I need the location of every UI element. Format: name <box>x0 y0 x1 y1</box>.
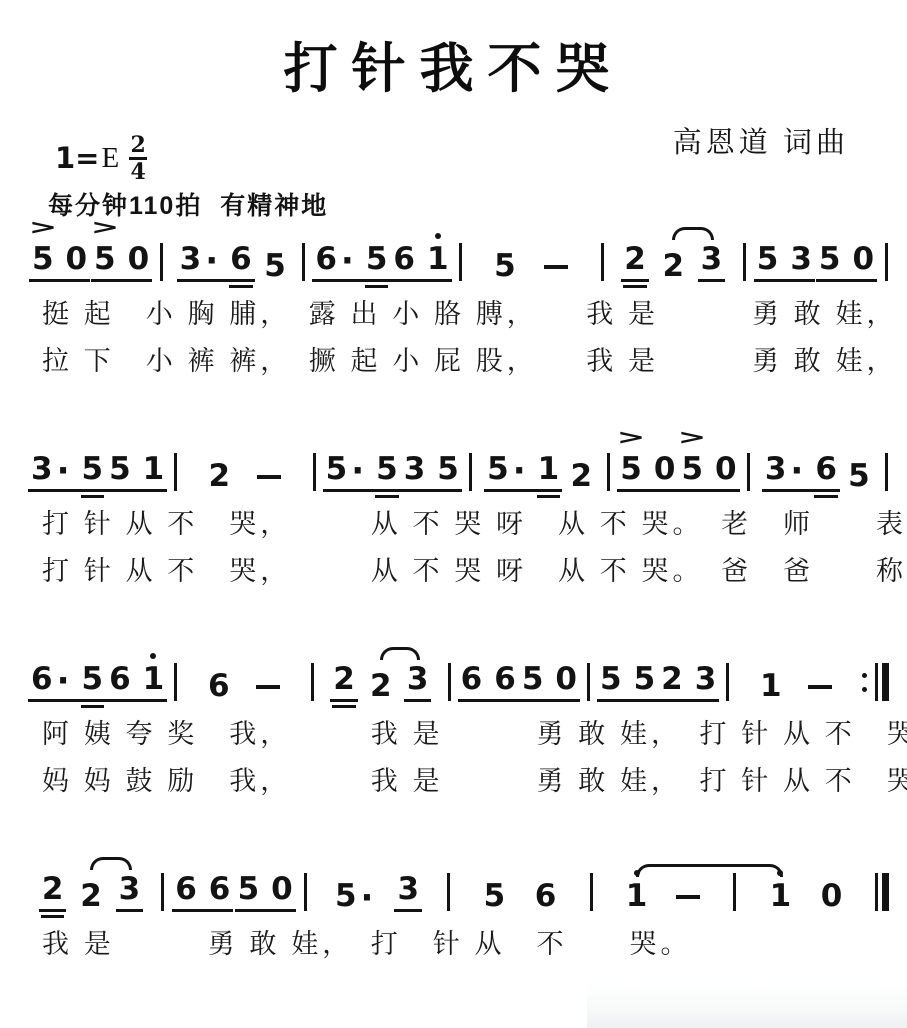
beam-group: 5>0 <box>29 244 90 282</box>
note: 3 <box>404 454 426 485</box>
barline-thick <box>882 873 889 911</box>
note-digit: 3 <box>407 664 429 695</box>
note: 5 <box>109 454 131 485</box>
note: 5> <box>32 244 54 275</box>
note-digit: 5 <box>848 461 870 492</box>
lyrics-line: 我 是 勇 敢 娃， 打 针 从 不 哭。 <box>26 929 893 959</box>
measure: 5>05>0 <box>617 454 739 492</box>
note: 5 <box>819 244 841 275</box>
measure: 223 <box>611 244 736 282</box>
dash-note <box>256 685 280 702</box>
dash-glyph <box>256 685 280 689</box>
barline <box>304 873 307 911</box>
note-digit: 5 <box>238 874 260 905</box>
beam-group <box>805 685 835 702</box>
slur-arc <box>90 857 132 870</box>
note: 3· <box>180 244 219 275</box>
repeat-dot <box>862 673 867 678</box>
note: 3 <box>701 244 723 275</box>
notes-row: 3·55125·5355·125>05>03·65 <box>26 446 893 492</box>
note-digit: 0 <box>555 664 577 695</box>
barline-thin <box>875 663 878 701</box>
note: 2 <box>209 461 231 492</box>
note: 5 <box>264 251 286 282</box>
note: 6 <box>230 244 252 275</box>
accent-mark: > <box>28 217 57 237</box>
measure: 6·561 <box>28 664 167 702</box>
sheet-music-page: 打针我不哭 高恩道 词曲 1= E 2 4 每分钟110拍 有精神地 5>05>… <box>0 0 907 1028</box>
beam-group: 61 <box>390 244 451 282</box>
note-digit: 5 <box>681 454 703 485</box>
note-digit: 0 <box>852 244 874 275</box>
note-digit: 5 <box>522 664 544 695</box>
beam-group: 5>0 <box>678 454 739 492</box>
note-digit: 6 <box>461 664 483 695</box>
note-digit: 6 <box>208 671 230 702</box>
octave-dot <box>435 233 441 239</box>
note-digit: 6 <box>175 874 197 905</box>
note-digit: 3 <box>119 874 141 905</box>
note-digit: 3 <box>180 244 202 275</box>
final-barline <box>875 873 889 911</box>
measure: 2 <box>184 461 305 492</box>
note: 0 <box>654 454 676 485</box>
measure: 5>05>0 <box>28 244 153 282</box>
beam-group: 5 <box>261 251 289 282</box>
note: 1 <box>143 664 165 695</box>
note-digit: 5 <box>109 454 131 485</box>
augmentation-dot: · <box>361 884 374 912</box>
watermark-smudge <box>587 984 907 1028</box>
beam-group: 6 <box>205 671 233 702</box>
measure: 5·12 <box>479 454 600 492</box>
note: 6 <box>494 664 516 695</box>
barline <box>607 453 610 491</box>
beam-group: 66 <box>458 664 519 702</box>
note: 5 <box>600 664 622 695</box>
note: 6· <box>31 664 70 695</box>
beam-group: 3·6 <box>177 244 255 282</box>
repeat-barline <box>862 663 889 701</box>
note-digit: 2 <box>662 251 684 282</box>
beam-group: 3 <box>394 874 422 912</box>
barline <box>160 243 163 281</box>
note-digit: 5 <box>484 881 506 912</box>
measure: 3·551 <box>28 454 167 492</box>
note: 0 <box>271 874 293 905</box>
note-digit: 0 <box>271 874 293 905</box>
note: 1 <box>143 454 165 485</box>
note-digit: 5 <box>32 244 54 275</box>
beam-group: 66 <box>172 874 233 912</box>
note-digit: 5 <box>82 454 104 485</box>
beam-group: 1 <box>623 881 651 912</box>
note-digit: 2 <box>570 461 592 492</box>
measure: 6650 <box>171 874 297 912</box>
note-digit: 2 <box>661 664 683 695</box>
note: 2 <box>42 874 64 905</box>
beam-group: 3·5 <box>28 454 106 492</box>
barline <box>448 663 451 701</box>
note-digit: 0 <box>715 454 737 485</box>
note: 5 <box>238 874 260 905</box>
note-digit: 5 <box>437 454 459 485</box>
repeat-dot <box>862 687 867 692</box>
note: 5 <box>634 664 656 695</box>
music-system: 22366505·356110我 是 勇 敢 娃， 打 针 从 不 哭。 <box>26 866 893 959</box>
augmentation-dot: · <box>790 457 803 485</box>
note: 3 <box>119 874 141 905</box>
note-digit: 2 <box>80 881 102 912</box>
note-digit: 6 <box>494 664 516 695</box>
note: 1 <box>760 671 782 702</box>
barline <box>587 663 590 701</box>
accent-mark: > <box>678 427 707 447</box>
note: 6· <box>315 244 354 275</box>
note-digit: 1 <box>143 454 165 485</box>
lyrics-line: 打 针 从 不 哭， 从 不 哭 呀 从 不 哭。 老 师 表 扬 我， <box>26 509 893 539</box>
note-digit: 1 <box>427 244 449 275</box>
note: 6 <box>175 874 197 905</box>
note: 3 <box>407 664 429 695</box>
note-digit: 6 <box>230 244 252 275</box>
note-digit: 1 <box>538 454 560 485</box>
barline <box>174 453 177 491</box>
note-digit: 1 <box>760 671 782 702</box>
note: 6 <box>815 454 837 485</box>
lyrics-line: 挺 起 小 胸 脯， 露 出 小 胳 膊， 我 是 勇 敢 娃， <box>26 299 893 329</box>
beam-group: 50 <box>816 244 877 282</box>
measure: 1 <box>736 671 856 702</box>
beam-group: 2 <box>330 664 358 702</box>
measure: 6·561 <box>312 244 451 282</box>
barline <box>885 243 888 281</box>
barline <box>311 663 314 701</box>
beam-group: 5>0 <box>91 244 152 282</box>
beam-group: 2 <box>659 251 687 282</box>
barline <box>733 873 736 911</box>
note-digit: 1 <box>143 664 165 695</box>
note: 6 <box>393 244 415 275</box>
dash-note <box>808 685 832 702</box>
beam-group: 1 <box>757 671 785 702</box>
note: 5· <box>326 454 365 485</box>
note: 0 <box>821 881 843 912</box>
beam-group: 51 <box>106 454 167 492</box>
note-digit: 2 <box>370 671 392 702</box>
beam-group: 53 <box>754 244 815 282</box>
measure: 5·535 <box>323 454 462 492</box>
measure: 3·65 <box>757 454 878 492</box>
note-digit: 0 <box>654 454 676 485</box>
measure: 5·3 <box>314 874 440 912</box>
note: 1 <box>770 881 792 912</box>
note: 5· <box>487 454 526 485</box>
barline <box>747 453 750 491</box>
barline <box>590 873 593 911</box>
beam-group: 6·5 <box>312 244 390 282</box>
note-digit: 2 <box>333 664 355 695</box>
note: 5 <box>484 881 506 912</box>
octave-dot <box>150 653 156 659</box>
measure: 223 <box>28 874 154 912</box>
measure: 3·65 <box>170 244 295 282</box>
beam-group: 35 <box>401 454 462 492</box>
note-digit: 0 <box>821 881 843 912</box>
beam-group <box>541 265 571 282</box>
measure: 6 <box>184 671 304 702</box>
lyrics-line: 打 针 从 不 哭， 从 不 哭 呀 从 不 哭。 爸 爸 称 赞 我， <box>26 556 893 586</box>
beam-group: 0 <box>818 881 846 912</box>
music-system: 3·55125·5355·125>05>03·65打 针 从 不 哭， 从 不 … <box>26 446 893 586</box>
beam-group: 6·5 <box>28 664 106 702</box>
beam-group: 2 <box>39 874 67 912</box>
barline <box>174 663 177 701</box>
augmentation-dot: · <box>513 457 526 485</box>
augmentation-dot: · <box>57 457 70 485</box>
note: 5 <box>82 454 104 485</box>
beam-group: 3 <box>404 664 432 702</box>
note: 6 <box>461 664 483 695</box>
beam-group: 5 <box>481 881 509 912</box>
note: 3 <box>790 244 812 275</box>
note: 1 <box>626 881 648 912</box>
note: 0 <box>715 454 737 485</box>
dash-note <box>676 895 700 912</box>
beam-group: 5 <box>491 251 519 282</box>
note: 2 <box>333 664 355 695</box>
barline <box>302 243 305 281</box>
beam-group: 5·5 <box>323 454 401 492</box>
notes-row: 5>05>03·656·56152235350 <box>26 236 893 282</box>
beam-group: 2 <box>206 461 234 492</box>
note-digit: 5 <box>620 454 642 485</box>
note: 3· <box>765 454 804 485</box>
accent-mark: > <box>91 217 120 237</box>
note-digit: 3 <box>404 454 426 485</box>
beam-group: 5>0 <box>617 454 678 492</box>
score: 5>05>03·656·56152235350挺 起 小 胸 脯， 露 出 小 … <box>0 0 907 1028</box>
barline <box>726 663 729 701</box>
note: 2 <box>661 664 683 695</box>
notes-row: 6·5616223665055231 <box>26 656 893 702</box>
note-digit: 1 <box>626 881 648 912</box>
dash-note <box>257 475 281 492</box>
beam-group: 5·1 <box>484 454 562 492</box>
beam-group: 3·6 <box>762 454 840 492</box>
barline <box>469 453 472 491</box>
measure: 5523 <box>597 664 719 702</box>
beam-group: 55 <box>597 664 658 702</box>
barline <box>601 243 604 281</box>
note-digit: 3 <box>31 454 53 485</box>
note: 5 <box>757 244 779 275</box>
accent-mark: > <box>617 427 646 447</box>
note: 2 <box>370 671 392 702</box>
beam-group <box>673 895 703 912</box>
slur-arc <box>380 647 420 660</box>
beam-group: 23 <box>658 664 719 702</box>
note: 5· <box>335 881 374 912</box>
note-digit: 3 <box>397 874 419 905</box>
beam-group: 61 <box>106 664 167 702</box>
note: 6 <box>535 881 557 912</box>
measure: 6650 <box>458 664 580 702</box>
note: 3 <box>695 664 717 695</box>
note-digit: 0 <box>128 244 150 275</box>
beam-group: 50 <box>235 874 296 912</box>
barline <box>447 873 450 911</box>
note-digit: 3 <box>790 244 812 275</box>
note-digit: 5 <box>366 244 388 275</box>
note-digit: 5 <box>376 454 398 485</box>
note: 2 <box>624 244 646 275</box>
beam-group: 2 <box>367 671 395 702</box>
note-digit: 5 <box>335 881 357 912</box>
music-system: 5>05>03·656·56152235350挺 起 小 胸 脯， 露 出 小 … <box>26 236 893 376</box>
beam-group: 2 <box>621 244 649 282</box>
note-digit: 5 <box>264 251 286 282</box>
note: 2 <box>662 251 684 282</box>
note: 2 <box>570 461 592 492</box>
dash-glyph <box>808 685 832 689</box>
beam-group: 3 <box>698 244 726 282</box>
repeat-dots <box>862 673 867 692</box>
note-digit: 6 <box>109 664 131 695</box>
note: 5 <box>366 244 388 275</box>
beam-group <box>253 685 283 702</box>
lyrics-line: 阿 姨 夸 奖 我， 我 是 勇 敢 娃， 打 针 从 不 哭。 <box>26 719 893 749</box>
dash-note <box>544 265 568 282</box>
augmentation-dot: · <box>205 247 218 275</box>
beam-group: 2 <box>567 461 595 492</box>
note: 5> <box>681 454 703 485</box>
note: 5 <box>494 251 516 282</box>
note-digit: 3 <box>765 454 787 485</box>
augmentation-dot: · <box>341 247 354 275</box>
lyrics-line: 拉 下 小 裤 裤， 撅 起 小 屁 股， 我 是 勇 敢 娃， <box>26 346 893 376</box>
note: 5 <box>848 461 870 492</box>
barline <box>313 453 316 491</box>
barline <box>459 243 462 281</box>
measure: 1 <box>600 881 726 912</box>
note: 5 <box>376 454 398 485</box>
note-digit: 5 <box>757 244 779 275</box>
note: 1 <box>427 244 449 275</box>
augmentation-dot: · <box>351 457 364 485</box>
measure: 223 <box>321 664 441 702</box>
note-digit: 1 <box>770 881 792 912</box>
note: 0 <box>128 244 150 275</box>
beam-group: 6 <box>532 881 560 912</box>
note-digit: 5 <box>94 244 116 275</box>
beam-group: 5· <box>332 881 377 912</box>
note-digit: 5 <box>634 664 656 695</box>
note: 0 <box>852 244 874 275</box>
note: 6 <box>208 671 230 702</box>
note-digit: 6 <box>315 244 337 275</box>
note-digit: 0 <box>66 244 88 275</box>
note: 6 <box>209 874 231 905</box>
dash-glyph <box>676 895 700 899</box>
note-digit: 6 <box>393 244 415 275</box>
augmentation-dot: · <box>57 667 70 695</box>
note: 0 <box>555 664 577 695</box>
measure: 10 <box>743 881 869 912</box>
note: 0 <box>66 244 88 275</box>
slur-arc <box>636 864 783 877</box>
note-digit: 5 <box>326 454 348 485</box>
measure: 5 <box>469 251 594 282</box>
barline-thin <box>875 873 878 911</box>
note: 6 <box>109 664 131 695</box>
note: 5 <box>437 454 459 485</box>
note-digit: 3 <box>695 664 717 695</box>
barline <box>743 243 746 281</box>
note-digit: 6 <box>209 874 231 905</box>
note: 5> <box>620 454 642 485</box>
slur-arc <box>672 227 713 240</box>
beam-group: 50 <box>519 664 580 702</box>
note-digit: 6 <box>535 881 557 912</box>
note-digit: 2 <box>42 874 64 905</box>
note: 5 <box>82 664 104 695</box>
beam-group <box>254 475 284 492</box>
note: 1 <box>538 454 560 485</box>
dash-glyph <box>257 475 281 479</box>
note: 2 <box>80 881 102 912</box>
note-digit: 2 <box>209 461 231 492</box>
note: 3· <box>31 454 70 485</box>
measure: 56 <box>457 881 583 912</box>
music-system: 6·5616223665055231阿 姨 夸 奖 我， 我 是 勇 敢 娃， … <box>26 656 893 796</box>
barline-thick <box>882 663 889 701</box>
note-digit: 3 <box>701 244 723 275</box>
barline <box>161 873 164 911</box>
note-digit: 6 <box>31 664 53 695</box>
note-digit: 5 <box>487 454 509 485</box>
beam-group: 1 <box>767 881 795 912</box>
note-digit: 5 <box>819 244 841 275</box>
note: 5> <box>94 244 116 275</box>
beam-group: 2 <box>77 881 105 912</box>
note-digit: 6 <box>815 454 837 485</box>
note-digit: 5 <box>494 251 516 282</box>
dash-glyph <box>544 265 568 269</box>
lyrics-line: 妈 妈 鼓 励 我， 我 是 勇 敢 娃， 打 针 从 不 哭。 <box>26 766 893 796</box>
measure: 5350 <box>753 244 878 282</box>
note-digit: 5 <box>82 664 104 695</box>
note: 5 <box>522 664 544 695</box>
beam-group: 3 <box>116 874 144 912</box>
note-digit: 2 <box>624 244 646 275</box>
note: 3 <box>397 874 419 905</box>
beam-group: 5 <box>845 461 873 492</box>
barline <box>885 453 888 491</box>
note-digit: 5 <box>600 664 622 695</box>
